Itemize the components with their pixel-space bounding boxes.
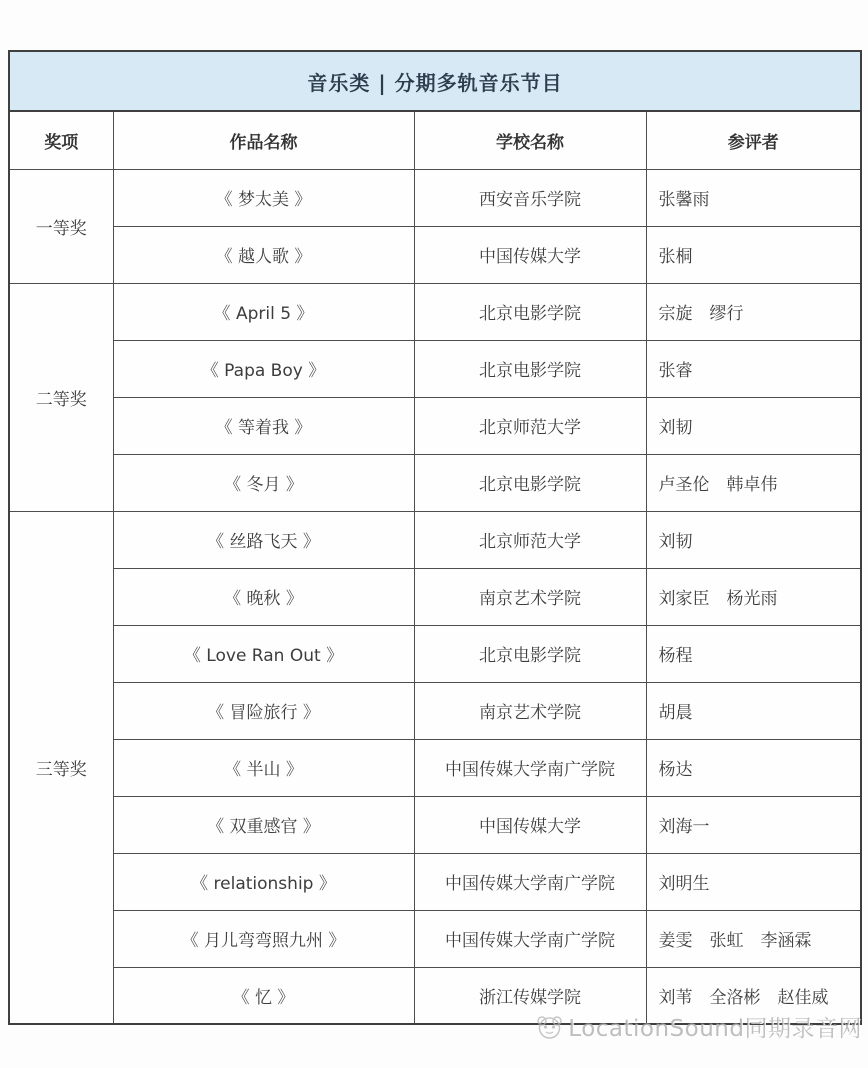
participants-cell: 张桐 (646, 226, 861, 283)
participants-cell: 张馨雨 (646, 169, 861, 226)
participants-cell: 卢圣伦 韩卓伟 (646, 454, 861, 511)
participants-cell: 杨程 (646, 625, 861, 682)
school-cell: 浙江传媒学院 (414, 967, 646, 1024)
table-row: 二等奖 《 April 5 》 北京电影学院 宗旋 缪行 (9, 283, 861, 340)
work-cell: 《 等着我 》 (113, 397, 414, 454)
participants-cell: 张睿 (646, 340, 861, 397)
school-cell: 中国传媒大学南广学院 (414, 853, 646, 910)
participants-cell: 刘韧 (646, 511, 861, 568)
school-cell: 北京师范大学 (414, 511, 646, 568)
school-cell: 中国传媒大学南广学院 (414, 910, 646, 967)
table-row: 三等奖 《 丝路飞天 》 北京师范大学 刘韧 (9, 511, 861, 568)
work-cell: 《 Papa Boy 》 (113, 340, 414, 397)
table-row: 《 双重感官 》 中国传媒大学 刘海一 (9, 796, 861, 853)
school-cell: 中国传媒大学 (414, 796, 646, 853)
column-header-award: 奖项 (9, 111, 113, 169)
participants-cell: 刘苇 全洛彬 赵佳威 (646, 967, 861, 1024)
work-cell: 《 Love Ran Out 》 (113, 625, 414, 682)
school-cell: 南京艺术学院 (414, 568, 646, 625)
table-row: 《 月儿弯弯照九州 》 中国传媒大学南广学院 姜雯 张虹 李涵霖 (9, 910, 861, 967)
award-cell-first-prize: 一等奖 (9, 169, 113, 283)
table-row: 一等奖 《 梦太美 》 西安音乐学院 张馨雨 (9, 169, 861, 226)
page: 音乐类 | 分期多轨音乐节目 奖项 作品名称 学校名称 参评者 一等奖 《 梦太… (0, 0, 868, 1068)
participants-cell: 刘明生 (646, 853, 861, 910)
table-row: 《 等着我 》 北京师范大学 刘韧 (9, 397, 861, 454)
table-row: 《 忆 》 浙江传媒学院 刘苇 全洛彬 赵佳威 (9, 967, 861, 1024)
school-cell: 中国传媒大学 (414, 226, 646, 283)
table-row: 《 半山 》 中国传媒大学南广学院 杨达 (9, 739, 861, 796)
awards-table: 音乐类 | 分期多轨音乐节目 奖项 作品名称 学校名称 参评者 一等奖 《 梦太… (8, 50, 862, 1025)
table-row: 《 Papa Boy 》 北京电影学院 张睿 (9, 340, 861, 397)
award-cell-third-prize: 三等奖 (9, 511, 113, 1024)
work-cell: 《 冒险旅行 》 (113, 682, 414, 739)
work-cell: 《 晚秋 》 (113, 568, 414, 625)
column-header-work: 作品名称 (113, 111, 414, 169)
table-row: 《 Love Ran Out 》 北京电影学院 杨程 (9, 625, 861, 682)
work-cell: 《 双重感官 》 (113, 796, 414, 853)
work-cell: 《 月儿弯弯照九州 》 (113, 910, 414, 967)
participants-cell: 姜雯 张虹 李涵霖 (646, 910, 861, 967)
table-row: 《 冒险旅行 》 南京艺术学院 胡晨 (9, 682, 861, 739)
school-cell: 南京艺术学院 (414, 682, 646, 739)
column-header-participants: 参评者 (646, 111, 861, 169)
participants-cell: 刘海一 (646, 796, 861, 853)
table-row: 《 晚秋 》 南京艺术学院 刘家臣 杨光雨 (9, 568, 861, 625)
school-cell: 西安音乐学院 (414, 169, 646, 226)
participants-cell: 杨达 (646, 739, 861, 796)
participants-cell: 宗旋 缪行 (646, 283, 861, 340)
work-cell: 《 April 5 》 (113, 283, 414, 340)
work-cell: 《 越人歌 》 (113, 226, 414, 283)
school-cell: 北京师范大学 (414, 397, 646, 454)
work-cell: 《 梦太美 》 (113, 169, 414, 226)
school-cell: 北京电影学院 (414, 283, 646, 340)
participants-cell: 刘韧 (646, 397, 861, 454)
work-cell: 《 忆 》 (113, 967, 414, 1024)
school-cell: 北京电影学院 (414, 625, 646, 682)
table-title: 音乐类 | 分期多轨音乐节目 (9, 51, 861, 111)
school-cell: 中国传媒大学南广学院 (414, 739, 646, 796)
table-row: 《 relationship 》 中国传媒大学南广学院 刘明生 (9, 853, 861, 910)
school-cell: 北京电影学院 (414, 340, 646, 397)
table-header-row: 奖项 作品名称 学校名称 参评者 (9, 111, 861, 169)
award-cell-second-prize: 二等奖 (9, 283, 113, 511)
table-title-row: 音乐类 | 分期多轨音乐节目 (9, 51, 861, 111)
school-cell: 北京电影学院 (414, 454, 646, 511)
work-cell: 《 半山 》 (113, 739, 414, 796)
participants-cell: 胡晨 (646, 682, 861, 739)
table-row: 《 冬月 》 北京电影学院 卢圣伦 韩卓伟 (9, 454, 861, 511)
table-row: 《 越人歌 》 中国传媒大学 张桐 (9, 226, 861, 283)
work-cell: 《 冬月 》 (113, 454, 414, 511)
work-cell: 《 丝路飞天 》 (113, 511, 414, 568)
participants-cell: 刘家臣 杨光雨 (646, 568, 861, 625)
column-header-school: 学校名称 (414, 111, 646, 169)
work-cell: 《 relationship 》 (113, 853, 414, 910)
